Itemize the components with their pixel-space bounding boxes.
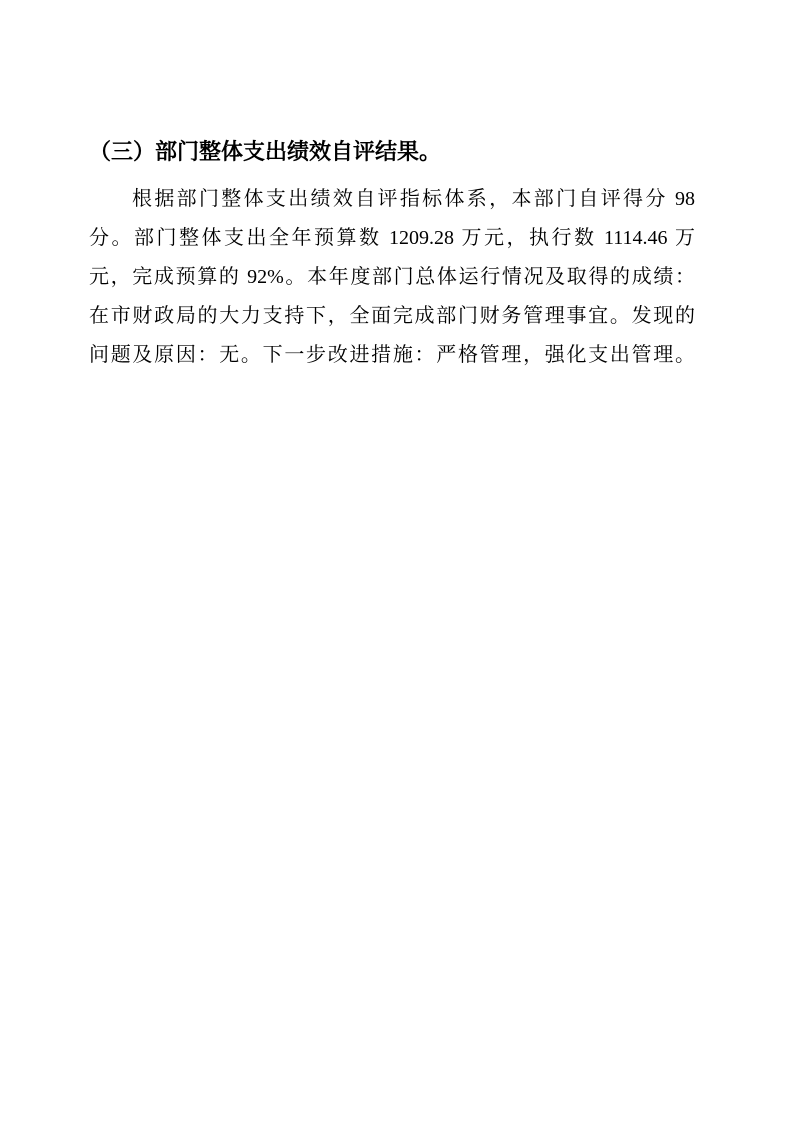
paragraph-line: 在市财政局的大力支持下，全面完成部门财务管理事宜。发现的 bbox=[89, 297, 695, 336]
paragraph-line: 元，完成预算的 92%。本年度部门总体运行情况及取得的成绩： bbox=[89, 258, 695, 297]
paragraph: 根据部门整体支出绩效自评指标体系，本部门自评得分 98 分。部门整体支出全年预算… bbox=[89, 180, 695, 375]
document-page: （三）部门整体支出绩效自评结果。 根据部门整体支出绩效自评指标体系，本部门自评得… bbox=[0, 0, 793, 1122]
paragraph-line: 分。部门整体支出全年预算数 1209.28 万元，执行数 1114.46 万 bbox=[89, 219, 695, 258]
paragraph-line: 根据部门整体支出绩效自评指标体系，本部门自评得分 98 bbox=[89, 180, 695, 219]
paragraph-line: 问题及原因：无。下一步改进措施：严格管理，强化支出管理。 bbox=[89, 336, 695, 375]
text-block: （三）部门整体支出绩效自评结果。 根据部门整体支出绩效自评指标体系，本部门自评得… bbox=[89, 0, 695, 375]
section-heading: （三）部门整体支出绩效自评结果。 bbox=[89, 138, 695, 166]
